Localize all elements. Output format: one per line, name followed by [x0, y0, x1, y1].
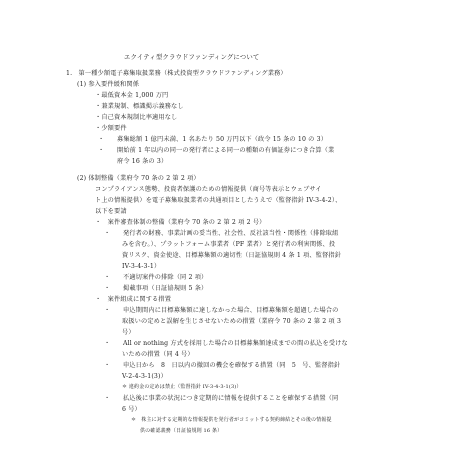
- document-line: ・ 募集総額 1 億円未満、1 名あたり 50 万円以下（政令 15 条の 10…: [98, 135, 327, 144]
- document-line: (1) 参入要件緩和関係: [77, 80, 139, 89]
- document-line: (2) 体制整備（業府令 70 条の 2 第 2 項）: [77, 174, 200, 183]
- document-line: 号）: [122, 328, 135, 337]
- document-line: 府令 16 条の 3）: [117, 157, 167, 166]
- document-line: IV-3-4-3-1）: [122, 262, 160, 271]
- document-line: ・ 案件組成に関する措置: [95, 295, 171, 304]
- document-line: ・最低資本金 1,000 万円: [95, 91, 168, 100]
- document-line: V-2-4-3-1(3)）: [122, 372, 167, 381]
- document-line: ＊ 株主に対する定期的な情報提供を発行者がコミットする契約締結とその後の情報提: [131, 416, 332, 425]
- document-line: 6 号）: [122, 405, 141, 414]
- document-line: コンプライアンス態勢、投資者保護のための情報提供（商号等表示とウェブサイ: [95, 185, 322, 194]
- document-page: エクイティ型クラウドファンディングについて 1. 第一種少額電子募集取扱業務（株…: [0, 0, 453, 453]
- document-line: 供の確認義務（日証協規則 16 条）: [140, 427, 222, 436]
- document-line: ・ 案件審査体制の整備（業府令 70 条の 2 第 2 項 2 号）: [95, 218, 265, 227]
- document-line: ト上の情報提供）を電子募集取扱業者の共通項目としたうえで（監督指針 IV-3-4…: [95, 196, 341, 205]
- document-line: ・ 開始前 1 年以内の同一の発行者による同一の種類の有価証券につき合算（業: [98, 146, 334, 155]
- document-line: ＊ 違約金の定めは禁止（監督指針 IV-3-4-3-1(3)）: [122, 383, 242, 392]
- document-line: ・ 不適切案件の排除（同 2 項）: [104, 273, 207, 282]
- document-line: 資リスク、資金使途、目標募集額の適切性（日証協規則 4 条 1 項、監督指針: [122, 251, 341, 260]
- document-line: ・ 発行者の財務、事業計画の妥当性、社会性、反社該当性・関係性（排除取組: [104, 229, 339, 238]
- document-line: ・ All or nothing 方式を採用した場合の目標募集額達成までの間の払…: [104, 339, 348, 348]
- document-line: みを含む。）、プラットフォーム事業者（PF 業者）と発行者の利害関係、投: [122, 240, 335, 249]
- document-title: エクイティ型クラウドファンディングについて: [124, 53, 259, 62]
- document-line: いための措置（同 4 号）: [122, 350, 194, 359]
- document-line: ・ 払込後に事業の状況につき定期的に情報を提供することを確保する措置（同: [104, 394, 338, 403]
- document-line: ・兼業規制、標識掲示義務なし: [95, 102, 184, 111]
- document-line: ・自己資本規制比率適用なし: [95, 113, 177, 122]
- document-line: ・ 申込期間内に目標募集額に達しなかった場合、目標募集額を超過した場合の: [104, 306, 339, 315]
- document-line: 取扱いの定めと誤解を生じさせないための措置（業府令 70 条の 2 第 2 項 …: [122, 317, 341, 326]
- document-line: 1. 第一種少額電子募集取扱業務（株式投資型クラウドファンディング業務）: [66, 69, 287, 78]
- document-line: ・少額要件: [95, 124, 127, 133]
- document-line: ・ 申込日から 8 日以内の撤回の機会を確保する措置（同 5 号、監督指針: [104, 361, 340, 370]
- document-line: 以下を要請: [95, 207, 127, 216]
- document-line: ・ 掲載事項（日証協規則 5 条）: [104, 284, 207, 293]
